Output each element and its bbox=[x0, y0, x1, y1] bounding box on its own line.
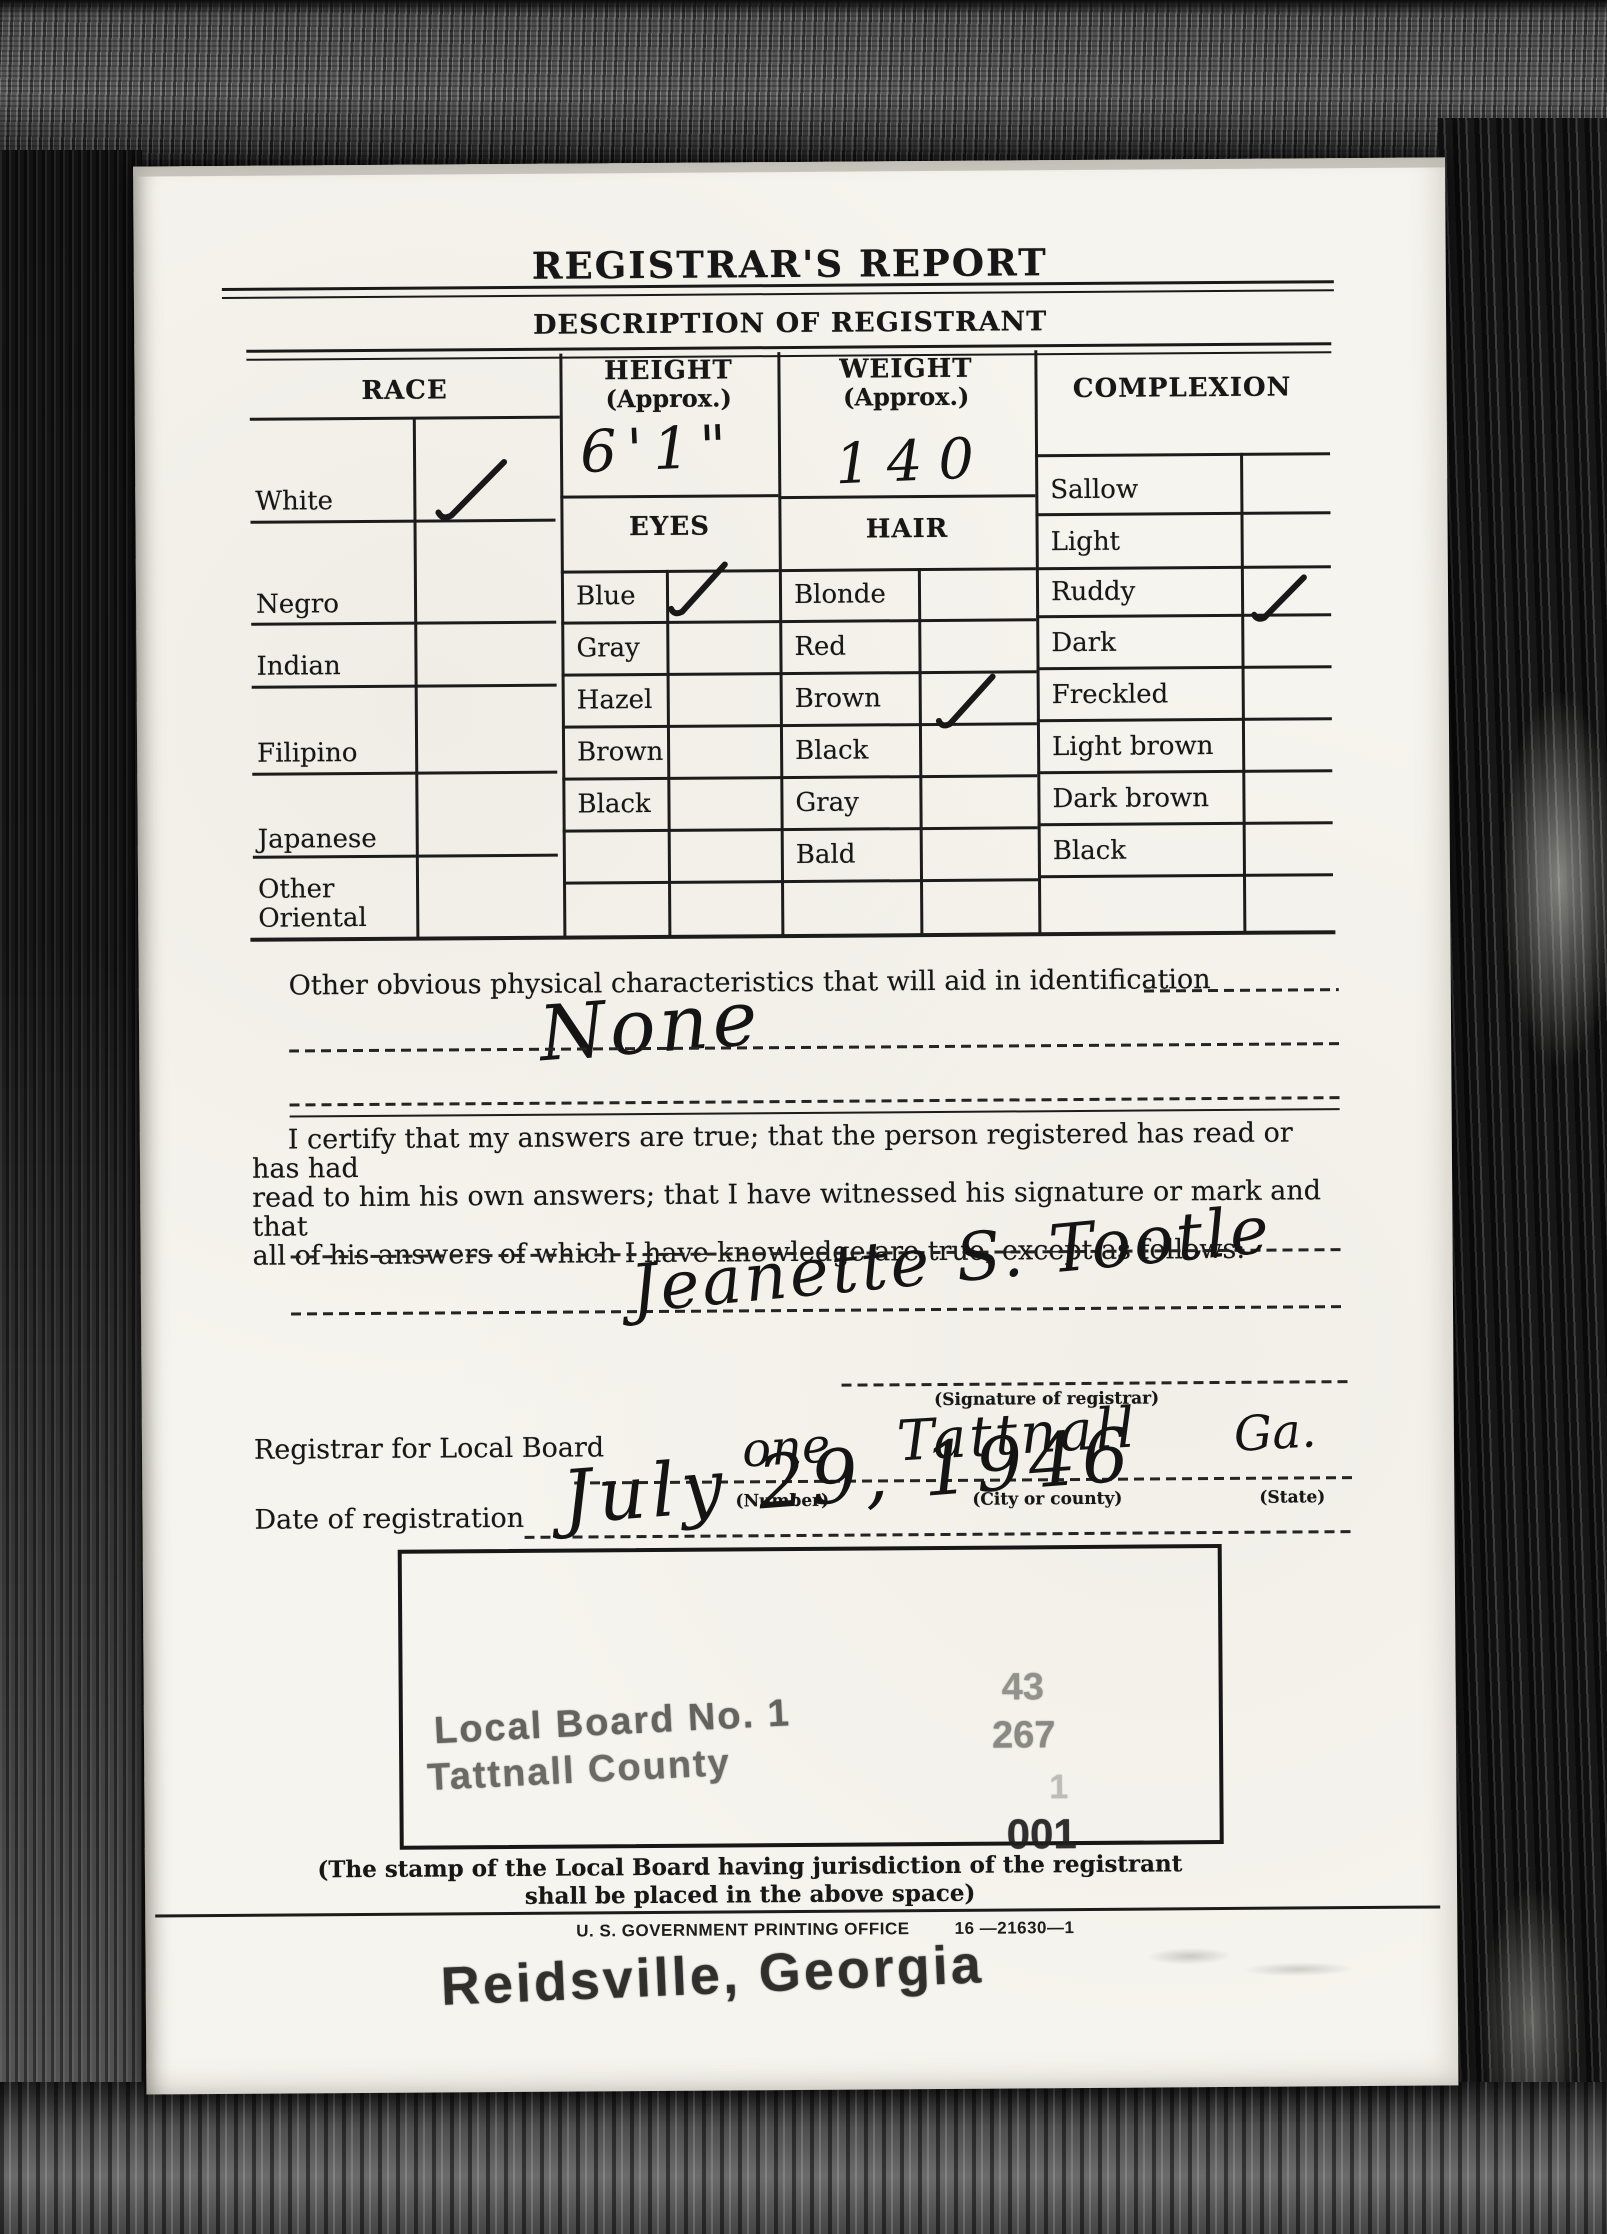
section-subtitle: DESCRIPTION OF REGISTRANT bbox=[134, 304, 1446, 343]
grid-line bbox=[1037, 717, 1332, 722]
eyes-column-header: EYES bbox=[560, 512, 778, 543]
board-label: Registrar for Local Board bbox=[254, 1433, 604, 1466]
blank-line bbox=[289, 1042, 1339, 1052]
grid-line bbox=[252, 684, 557, 689]
hair-option-black: Black bbox=[795, 736, 868, 766]
stamp-box-caption-line1: (The stamp of the Local Board having jur… bbox=[250, 1851, 1250, 1884]
registration-date-label: Date of registration bbox=[254, 1504, 524, 1536]
registration-date-value: July 29, 1946 bbox=[559, 1412, 1138, 1542]
complexion-option-light-brown: Light brown bbox=[1052, 732, 1214, 762]
height-header-label: HEIGHT bbox=[559, 356, 777, 387]
grid-line bbox=[778, 494, 1035, 499]
complexion-option-ruddy: Ruddy bbox=[1051, 578, 1135, 608]
grid-line bbox=[251, 621, 556, 626]
hair-option-bald: Bald bbox=[796, 841, 856, 871]
complexion-option-dark-brown: Dark brown bbox=[1052, 784, 1209, 814]
stamp-number-mid: 267 bbox=[992, 1714, 1056, 1757]
wood-texture-right bbox=[1438, 118, 1607, 2234]
eyes-option-black: Black bbox=[577, 790, 650, 820]
grid-line bbox=[1038, 821, 1333, 826]
blank-line bbox=[290, 1096, 1340, 1106]
eyes-blue-checkmark bbox=[664, 558, 732, 624]
table-bottom-rule bbox=[250, 930, 1335, 942]
grid-line bbox=[779, 567, 1036, 572]
grid-line bbox=[250, 416, 560, 421]
grid-line bbox=[1034, 350, 1041, 934]
grid-line bbox=[562, 774, 1037, 780]
grid-line bbox=[563, 878, 1038, 884]
race-option-other-oriental: Other Oriental bbox=[258, 875, 378, 934]
eyes-option-blue: Blue bbox=[576, 582, 636, 612]
race-option-japanese: Japanese bbox=[258, 825, 377, 855]
eyes-option-brown: Brown bbox=[577, 738, 663, 768]
stamp-box-caption-line2: shall be placed in the above space) bbox=[250, 1879, 1250, 1912]
weight-header-label: WEIGHT bbox=[777, 354, 1034, 385]
rule-line bbox=[290, 1108, 1340, 1117]
grid-line bbox=[1038, 873, 1333, 878]
identification-prompt-dashes bbox=[1144, 988, 1339, 992]
grid-line bbox=[561, 618, 1036, 624]
hair-option-red: Red bbox=[794, 633, 846, 662]
weight-value: 140 bbox=[834, 426, 991, 497]
weight-column-header: WEIGHT (Approx.) bbox=[777, 354, 1034, 412]
hair-option-gray: Gray bbox=[795, 789, 859, 819]
hair-option-blonde: Blonde bbox=[794, 580, 886, 610]
weight-header-sub: (Approx.) bbox=[778, 383, 1035, 412]
identification-value: None bbox=[536, 973, 764, 1079]
complexion-column-header: COMPLEXION bbox=[1034, 373, 1329, 404]
hair-brown-checkmark bbox=[932, 671, 1000, 737]
complexion-ruddy-checkmark bbox=[1248, 572, 1310, 628]
wood-texture-left bbox=[0, 150, 142, 2234]
race-option-indian: Indian bbox=[256, 652, 340, 682]
height-value: 6'1" bbox=[579, 412, 738, 486]
scanned-document-scene: REGISTRAR'S REPORT DESCRIPTION OF REGIST… bbox=[0, 0, 1607, 2234]
registrar-report-card: REGISTRAR'S REPORT DESCRIPTION OF REGIST… bbox=[133, 157, 1458, 2094]
hair-option-brown: Brown bbox=[795, 684, 881, 714]
grid-line bbox=[1035, 452, 1330, 457]
grid-line bbox=[413, 418, 420, 939]
race-option-negro: Negro bbox=[256, 590, 339, 620]
grid-line bbox=[560, 494, 778, 499]
complexion-option-sallow: Sallow bbox=[1050, 476, 1138, 506]
eyes-option-hazel: Hazel bbox=[577, 686, 653, 716]
complexion-option-black: Black bbox=[1053, 837, 1126, 867]
wood-texture-bottom bbox=[0, 2082, 1607, 2234]
grid-line bbox=[777, 352, 784, 936]
eyes-option-gray: Gray bbox=[576, 634, 640, 664]
height-column-header: HEIGHT (Approx.) bbox=[559, 356, 777, 414]
signature-line bbox=[842, 1380, 1352, 1387]
grid-line bbox=[563, 826, 1038, 832]
complexion-option-dark: Dark bbox=[1051, 629, 1116, 659]
board-state-caption: (State) bbox=[1212, 1488, 1372, 1508]
grid-line bbox=[1035, 511, 1330, 516]
complexion-option-freckled: Freckled bbox=[1052, 680, 1169, 710]
wood-texture-top bbox=[0, 0, 1607, 181]
footer-printing-line: U. S. GOVERNMENT PRINTING OFFICE 16 —216… bbox=[475, 1917, 1175, 1942]
location-stamp: Reidsville, Georgia bbox=[440, 1933, 985, 2018]
grid-line bbox=[559, 354, 566, 938]
grid-line bbox=[1037, 665, 1332, 670]
race-column-header: RACE bbox=[249, 376, 559, 407]
board-state-value: Ga. bbox=[1232, 1402, 1317, 1463]
race-option-filipino: Filipino bbox=[257, 739, 358, 769]
ink-smudge bbox=[1118, 1933, 1382, 1990]
grid-line bbox=[1036, 565, 1331, 570]
grid-line bbox=[1037, 769, 1332, 774]
stamp-number-faint: 1 bbox=[1049, 1768, 1068, 1807]
height-header-sub: (Approx.) bbox=[560, 385, 778, 413]
stamp-box bbox=[398, 1544, 1224, 1850]
grid-line bbox=[252, 771, 557, 776]
race-white-checkmark bbox=[430, 454, 513, 531]
hair-column-header: HAIR bbox=[778, 514, 1035, 545]
stamp-number-top: 43 bbox=[1002, 1666, 1045, 1709]
race-option-white: White bbox=[255, 487, 333, 517]
grid-line bbox=[1240, 453, 1246, 933]
complexion-option-light: Light bbox=[1051, 528, 1121, 558]
